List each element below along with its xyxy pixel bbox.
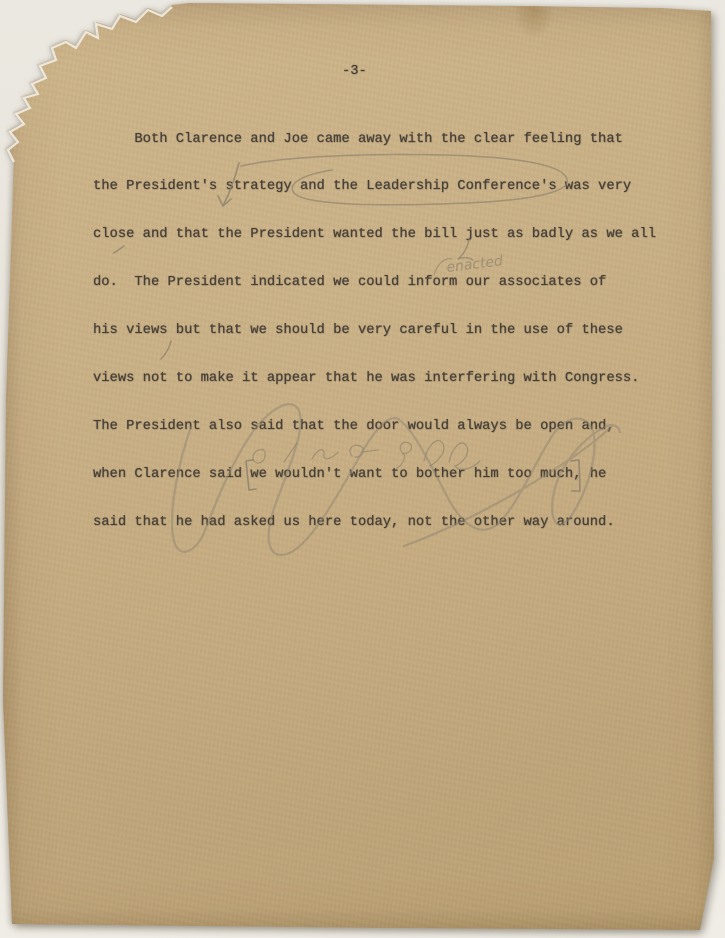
- paper-speck: [51, 31, 54, 35]
- typed-line: the President's strategy and the Leaders…: [93, 180, 631, 194]
- paper-sheet: -3- Both Clarence and Joe came away with…: [0, 0, 725, 938]
- paper-speck: [75, 25, 81, 30]
- typed-line: views not to make it appear that he was …: [93, 372, 639, 386]
- typed-line: his views but that we should be very car…: [93, 324, 623, 338]
- typed-line: The President also said that the door wo…: [93, 420, 615, 434]
- typed-line: close and that the President wanted the …: [93, 228, 656, 242]
- typed-line: when Clarence said we wouldn't want to b…: [93, 468, 606, 482]
- scanned-document: -3- Both Clarence and Joe came away with…: [0, 0, 725, 938]
- pencil-shorthand: [253, 440, 480, 469]
- pencil-tick: [114, 246, 124, 253]
- paper-surface: -3- Both Clarence and Joe came away with…: [0, 0, 725, 938]
- pencil-comma: [161, 341, 171, 359]
- typed-line: said that he had asked us here today, no…: [93, 516, 615, 530]
- paper-stain: [516, 0, 552, 36]
- page-number: -3-: [342, 65, 367, 79]
- handwritten-word-group: enacted: [434, 253, 504, 276]
- typed-line: do. The President indicated we could inf…: [93, 276, 606, 290]
- handwritten-word: enacted: [446, 253, 504, 276]
- paper-speck: [95, 30, 97, 32]
- pencil-swash: [434, 259, 452, 275]
- typed-line: Both Clarence and Joe came away with the…: [93, 133, 623, 147]
